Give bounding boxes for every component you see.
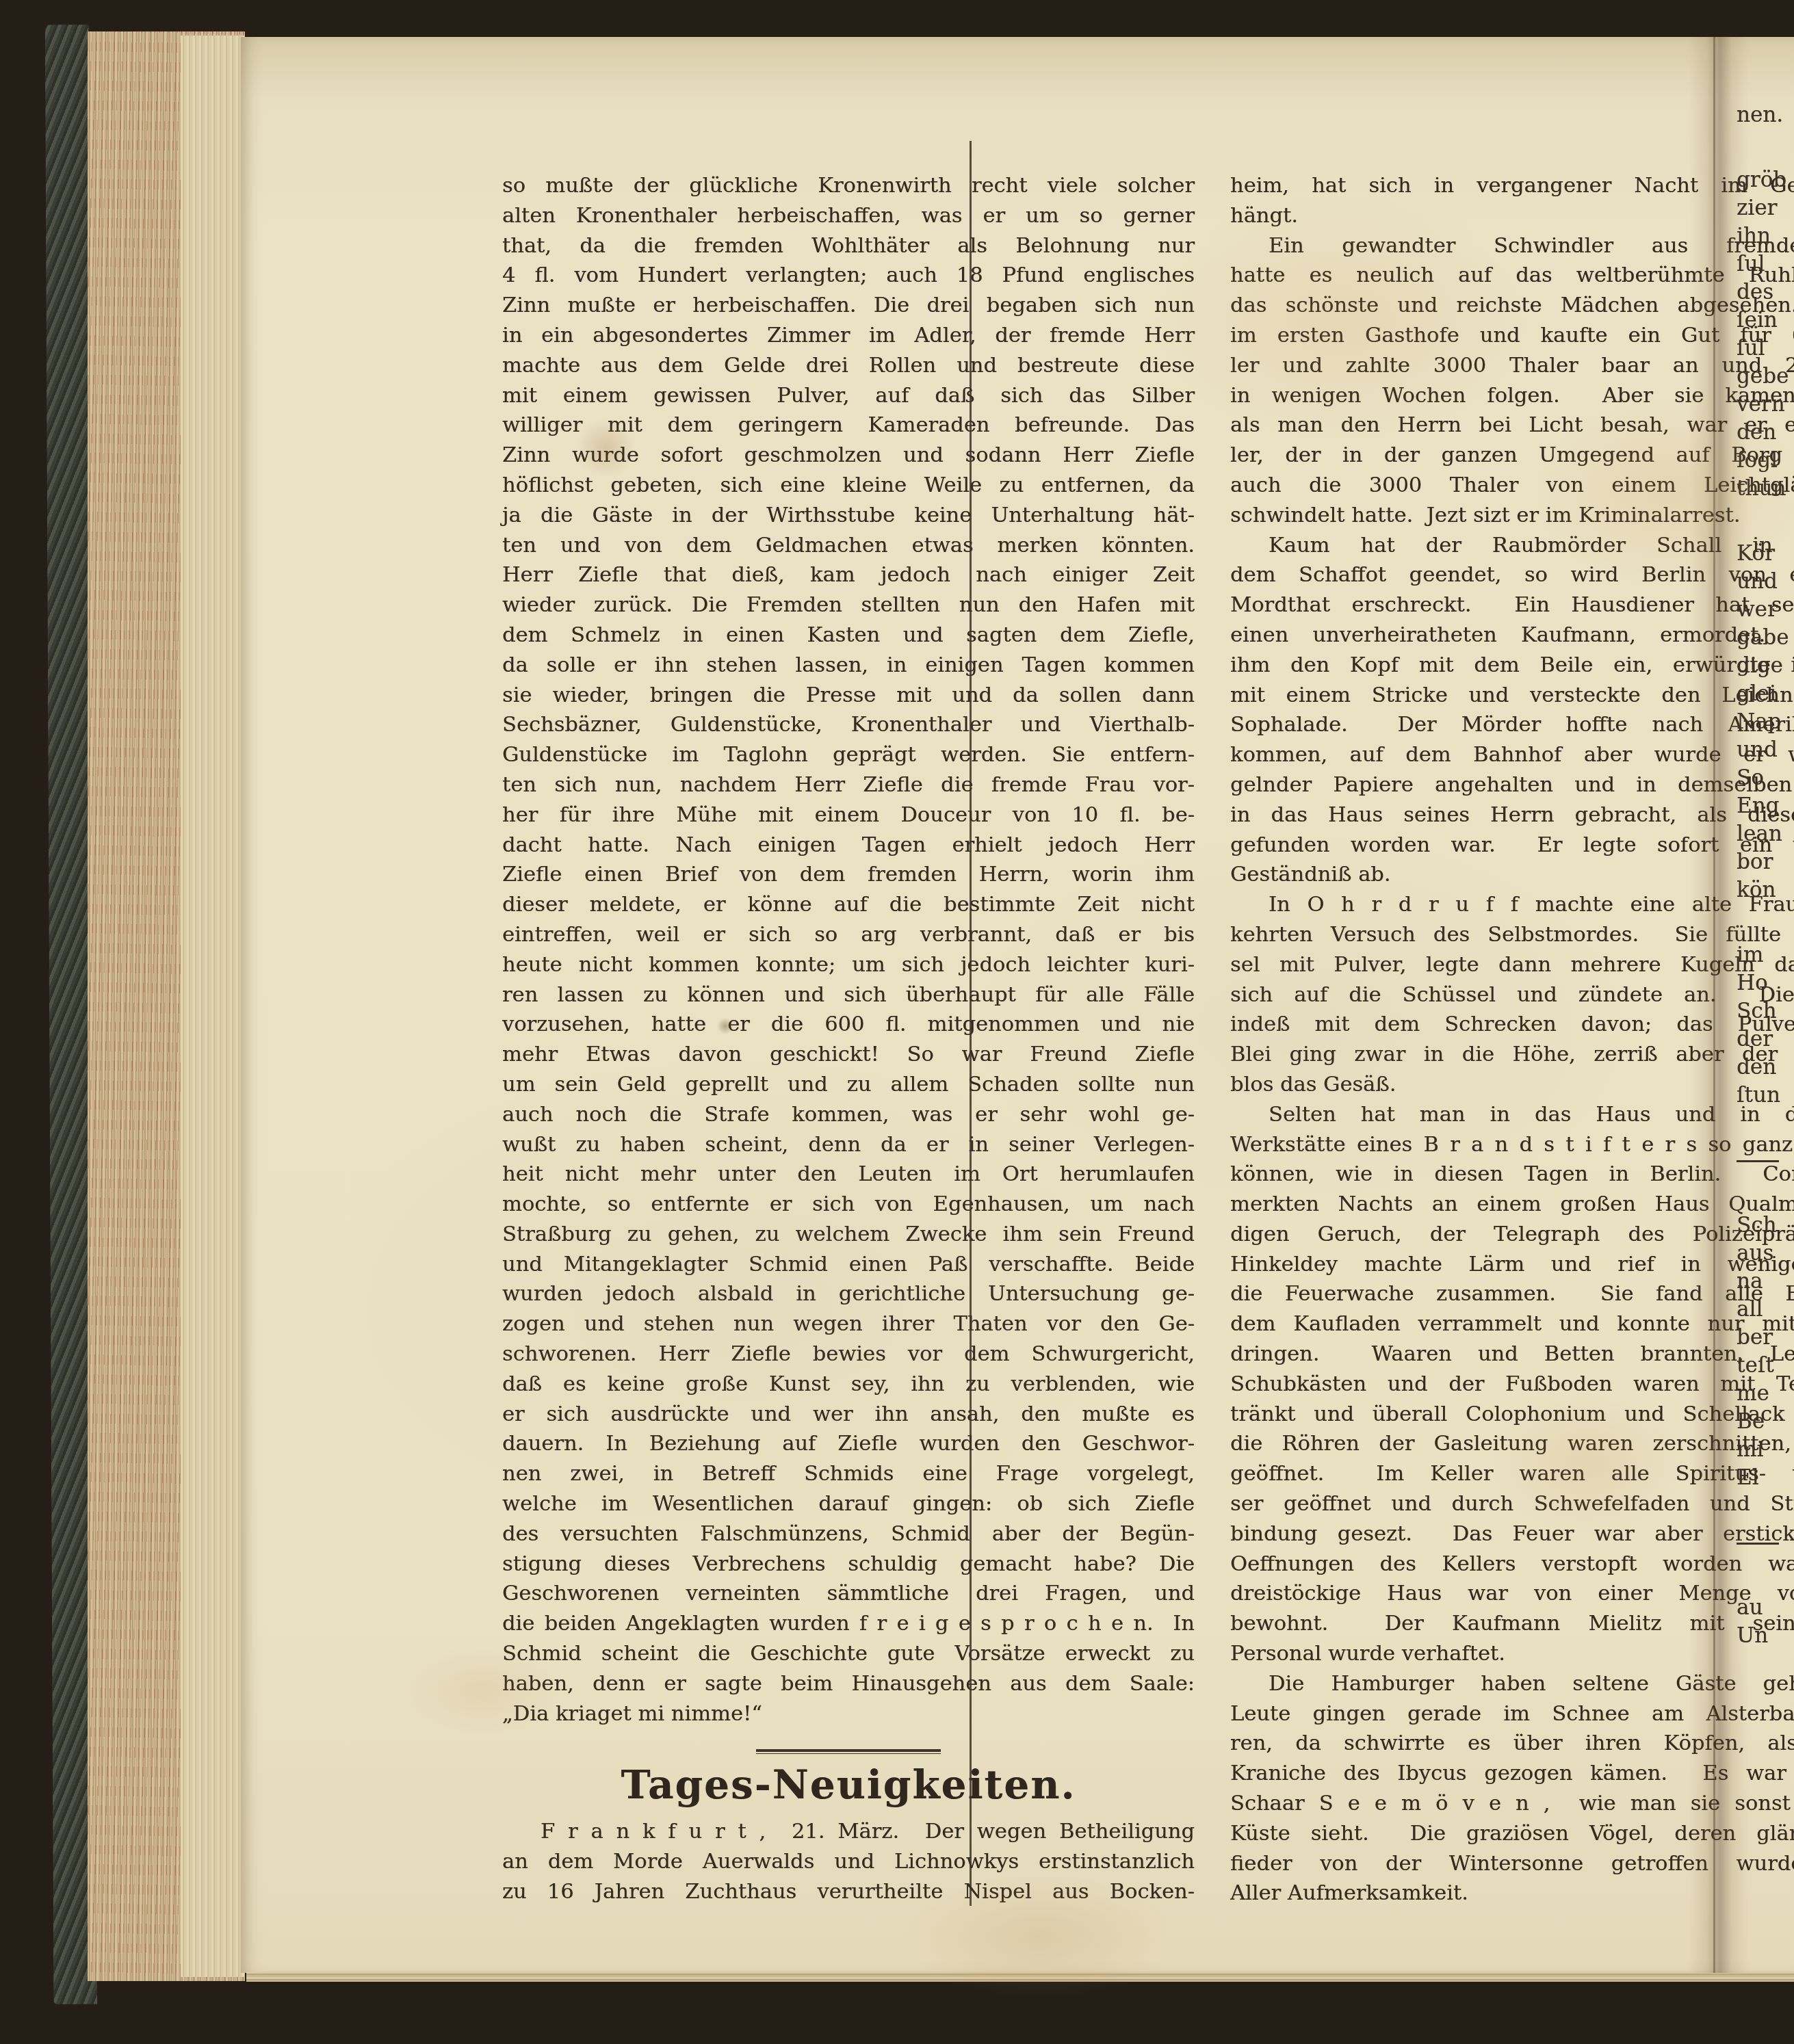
text-line: ten und von dem Geldmachen etwas merken … <box>502 531 1195 561</box>
next-page-fragment-column: nen. gröbzierihnſuldesſeinſulgebevernden… <box>1737 101 1794 1921</box>
text-line: im <box>1737 941 1794 969</box>
text-line: ſul <box>1737 250 1794 278</box>
text-line: da solle er ihn stehen lassen, in einige… <box>502 651 1195 681</box>
text-line: kön <box>1737 876 1794 904</box>
text-line <box>1737 1110 1794 1147</box>
text-line: dieser meldete, er könne auf die bestimm… <box>502 890 1195 920</box>
text-line: heit nicht mehr unter den Leuten im Ort … <box>502 1159 1195 1190</box>
text-line: Kör <box>1737 540 1794 568</box>
text-line: an dem Morde Auerwalds und Lichnowkys er… <box>502 1847 1195 1877</box>
text-line: Sch <box>1737 997 1794 1025</box>
text-line: F r a n k f u r t , 21. März. Der wegen … <box>502 1817 1195 1847</box>
text-line: au <box>1737 1594 1794 1622</box>
text-line: ten sich nun, nachdem Herr Ziefle die fr… <box>502 770 1195 800</box>
text-line: Zinn mußte er herbeischaffen. Die drei b… <box>502 291 1195 321</box>
text-line: williger mit dem geringern Kameraden bef… <box>502 410 1195 441</box>
text-line: dacht hatte. Nach einigen Tagen erhielt … <box>502 830 1195 861</box>
text-line: den <box>1737 1053 1794 1082</box>
text-line: me <box>1737 1380 1794 1408</box>
text-line: aus <box>1737 1240 1794 1268</box>
text-line: wer <box>1737 596 1794 624</box>
text-line: ren lassen zu können und sich überhaupt … <box>502 980 1195 1010</box>
left-column-story: so mußte der glückliche Kronenwirth rech… <box>502 171 1195 1729</box>
text-line: bor <box>1737 848 1794 876</box>
text-line: Straßburg zu gehen, zu welchem Zwecke ih… <box>502 1220 1195 1250</box>
text-line: Eng <box>1737 792 1794 820</box>
text-line: that, da die fremden Wohlthäter als Belo… <box>502 231 1195 261</box>
text-line: heute nicht kommen konnte; um sich jedoc… <box>502 950 1195 980</box>
text-line: machte aus dem Gelde drei Rollen und bes… <box>502 351 1195 381</box>
text-line: der <box>1737 1025 1794 1053</box>
text-line: Guldenstücke im Taglohn geprägt werden. … <box>502 740 1195 770</box>
text-line: dem Schmelz in einen Kasten und sagten d… <box>502 620 1195 651</box>
text-line: des versuchten Falschmünzens, Schmid abe… <box>502 1519 1195 1549</box>
text-line: des <box>1737 278 1794 306</box>
text-line: zier <box>1737 194 1794 222</box>
text-line: thun <box>1737 475 1794 503</box>
text-line: und <box>1737 568 1794 596</box>
column-divider-rule <box>970 141 972 1906</box>
text-line: dauern. In Beziehung auf Ziefle wurden d… <box>502 1429 1195 1459</box>
fragment-rule <box>1737 1160 1779 1162</box>
section-heading: Tages-Neuigkeiten. <box>502 1770 1195 1800</box>
text-line: zogen und stehen nun wegen ihrer Thaten … <box>502 1309 1195 1339</box>
text-line: schworenen. Herr Ziefle bewies vor dem S… <box>502 1339 1195 1370</box>
fragment-rule <box>1737 1543 1779 1545</box>
text-line: welche im Wesentlichen darauf gingen: ob… <box>502 1489 1195 1519</box>
text-line: den <box>1737 419 1794 447</box>
text-line: vorzusehen, hatte er die 600 fl. mitgeno… <box>502 1010 1195 1040</box>
text-line: Schmid scheint die Geschichte gute Vorsä… <box>502 1639 1195 1669</box>
text-line: Zinn wurde sofort geschmolzen und sodann… <box>502 441 1195 471</box>
text-line <box>1737 904 1794 941</box>
text-line: auch noch die Strafe kommen, was er sehr… <box>502 1100 1195 1130</box>
text-line: und Mitangeklagter Schmid einen Paß vers… <box>502 1250 1195 1280</box>
text-line: alten Kronenthaler herbeischaffen, was e… <box>502 201 1195 231</box>
text-line: in ein abgesondertes Zimmer im Adler, de… <box>502 321 1195 351</box>
text-line: nen zwei, in Betreff Schmids eine Frage … <box>502 1459 1195 1489</box>
text-line <box>1737 503 1794 540</box>
bottom-page-edges <box>246 1971 1794 1982</box>
left-column: so mußte der glückliche Kronenwirth rech… <box>502 171 1195 1907</box>
section-divider-rule <box>756 1749 941 1754</box>
text-line: eintreffen, weil er sich so arg verbrann… <box>502 920 1195 950</box>
text-line: lean <box>1737 820 1794 848</box>
text-line: teſt <box>1737 1352 1794 1380</box>
text-line: her für ihre Mühe mit einem Douceur von … <box>502 800 1195 830</box>
text-line: ſein <box>1737 306 1794 335</box>
text-line: die beiden Angeklagten wurden f r e i g … <box>502 1609 1195 1639</box>
text-line: Nap <box>1737 708 1794 736</box>
text-line: höflichst gebeten, sich eine kleine Weil… <box>502 471 1195 501</box>
text-line <box>1737 1175 1794 1211</box>
text-line: mehr Etwas davon geschickt! So war Freun… <box>502 1040 1195 1070</box>
text-line: daß es keine große Kunst sey, ihn zu ver… <box>502 1370 1195 1400</box>
text-line: und <box>1737 736 1794 764</box>
book-scan: so mußte der glückliche Kronenwirth rech… <box>0 0 1794 2044</box>
text-line: Geschworenen verneinten sämmtliche drei … <box>502 1579 1195 1609</box>
text-line: Un <box>1737 1622 1794 1650</box>
text-line: haben, denn er sagte beim Hinausgehen au… <box>502 1669 1195 1699</box>
text-line: glei <box>1737 680 1794 708</box>
text-line: So <box>1737 764 1794 792</box>
text-line: wußt zu haben scheint, denn da er in sei… <box>502 1130 1195 1160</box>
text-line: Herr Ziefle that dieß, kam jedoch nach e… <box>502 560 1195 590</box>
text-line: Sechsbäzner, Guldenstücke, Kronenthaler … <box>502 710 1195 740</box>
text-line <box>1737 129 1794 166</box>
book-page: so mußte der glückliche Kronenwirth rech… <box>241 37 1794 1973</box>
text-line <box>1737 1492 1794 1529</box>
text-line: „Dia kriaget mi nimme!“ <box>502 1699 1195 1729</box>
page-edge-stack <box>88 31 245 1981</box>
text-line: sie wieder, bringen die Presse mit und d… <box>502 681 1195 711</box>
left-column-news: F r a n k f u r t , 21. März. Der wegen … <box>502 1817 1195 1907</box>
text-line: 4 fl. vom Hundert verlangten; auch 18 Pf… <box>502 261 1195 291</box>
text-line: gebe <box>1737 363 1794 391</box>
text-line: wieder zurück. Die Fremden stellten nun … <box>502 590 1195 620</box>
text-line: ber <box>1737 1324 1794 1352</box>
text-line: mi <box>1737 1436 1794 1464</box>
text-line: ja die Gäste in der Wirthsstube keine Un… <box>502 501 1195 531</box>
text-line: Ziefle einen Brief von dem fremden Herrn… <box>502 860 1195 890</box>
text-line: nen. <box>1737 101 1794 129</box>
text-line: ſtun <box>1737 1082 1794 1110</box>
text-line: vern <box>1737 391 1794 419</box>
text-line: er sich ausdrückte und wer ihn ansah, de… <box>502 1400 1195 1430</box>
gutter-crease-line <box>1713 37 1715 1973</box>
text-line: wurden jedoch alsbald in gerichtliche Un… <box>502 1279 1195 1309</box>
text-line: zu 16 Jahren Zuchthaus verurtheilte Nisp… <box>502 1877 1195 1907</box>
text-line: Be <box>1737 1408 1794 1436</box>
text-line: gröb <box>1737 166 1794 194</box>
text-line <box>1737 1557 1794 1594</box>
text-line: ſogl <box>1737 447 1794 475</box>
text-line: na <box>1737 1268 1794 1296</box>
text-line: stigung dieses Verbrechens schuldig gema… <box>502 1549 1195 1580</box>
text-line: so mußte der glückliche Kronenwirth rech… <box>502 171 1195 201</box>
text-line: Ho <box>1737 969 1794 997</box>
text-line: all <box>1737 1296 1794 1324</box>
text-line: um sein Geld geprellt und zu allem Schad… <box>502 1070 1195 1100</box>
text-line: El <box>1737 1464 1794 1492</box>
text-line: gabe <box>1737 624 1794 652</box>
text-line: ſul <box>1737 335 1794 363</box>
text-line: dige <box>1737 652 1794 680</box>
text-line: ihn <box>1737 222 1794 250</box>
text-line: mochte, so entfernte er sich von Egenhau… <box>502 1190 1195 1220</box>
text-line: mit einem gewissen Pulver, auf daß sich … <box>502 381 1195 411</box>
text-line: Sch <box>1737 1211 1794 1240</box>
